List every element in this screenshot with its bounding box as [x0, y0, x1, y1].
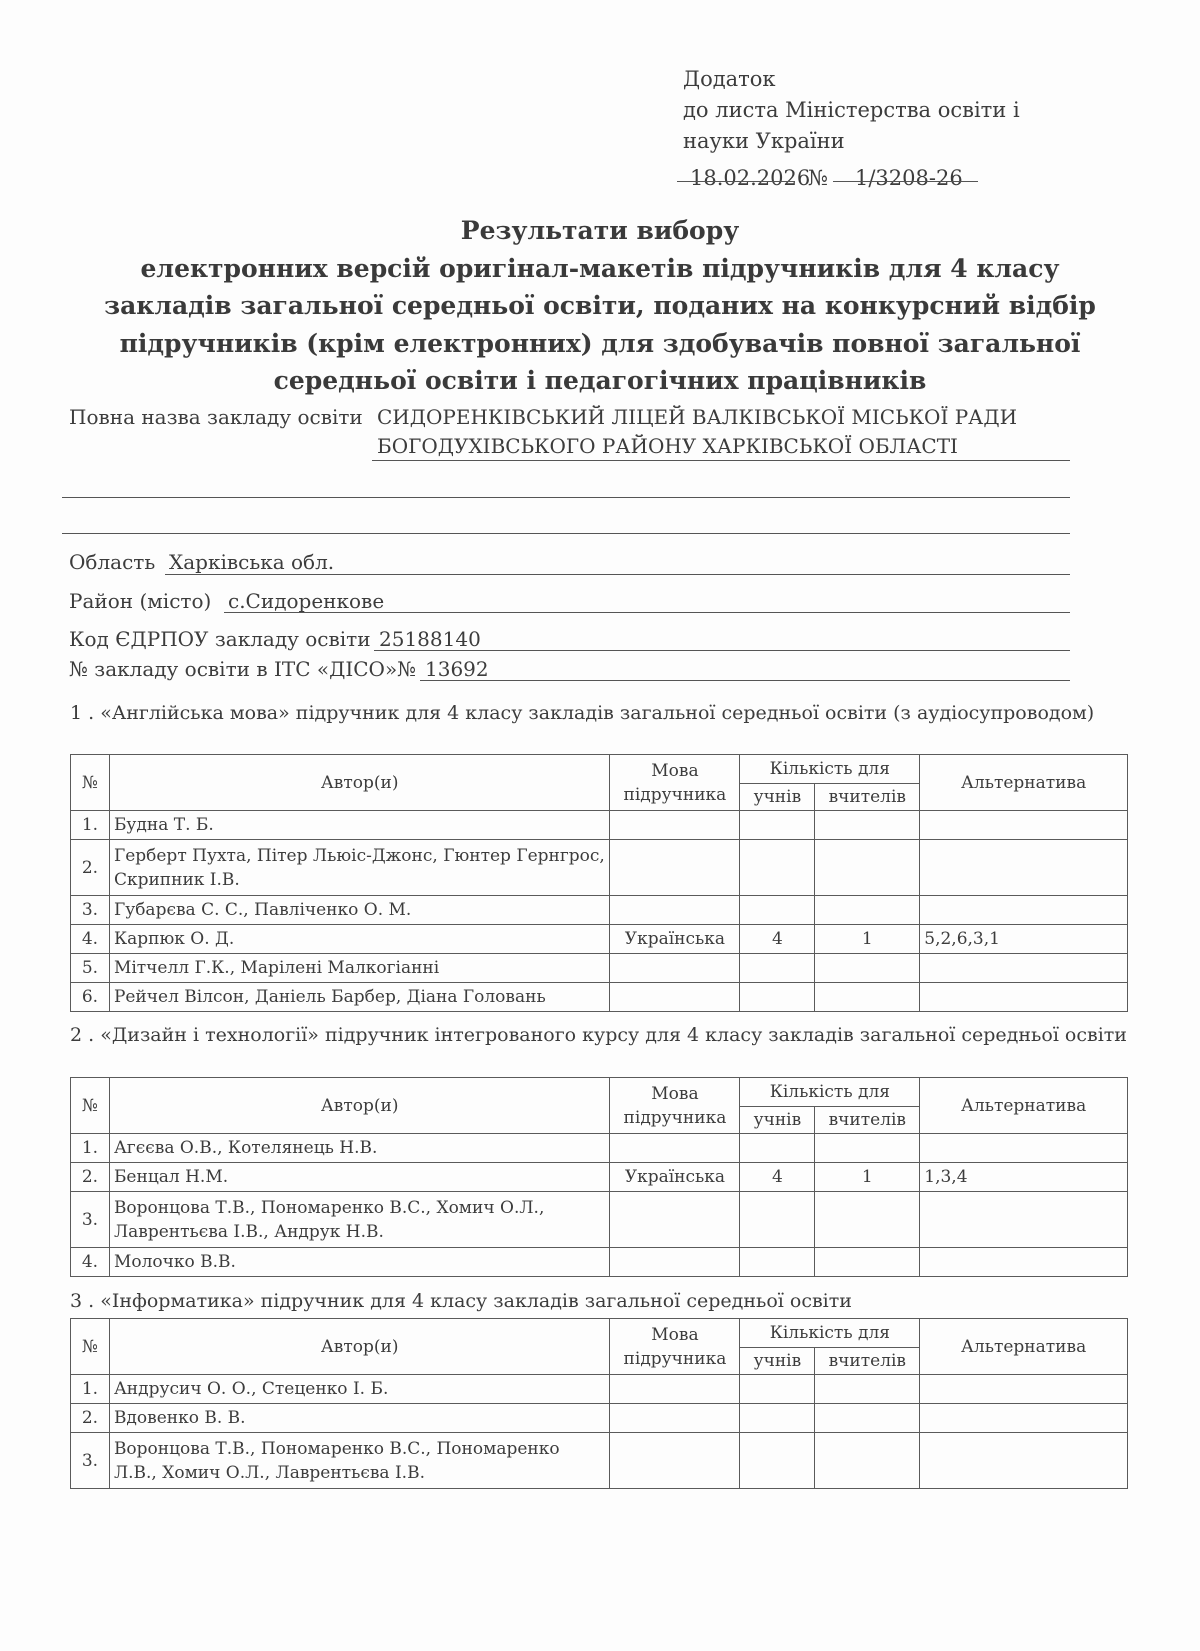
diso-value: 13692: [425, 655, 489, 683]
header-students: учнів: [740, 1107, 815, 1134]
row-language: [610, 1433, 740, 1489]
title-line: підручників (крім електронних) для здобу…: [60, 325, 1140, 363]
row-teachers: [815, 1134, 920, 1163]
header-language: Мова підручника: [610, 755, 740, 811]
row-alternative: [920, 983, 1128, 1012]
row-authors: Мітчелл Г.К., Марілені Малкогіанні: [109, 954, 610, 983]
full-name-value-line2: БОГОДУХІВСЬКОГО РАЙОНУ ХАРКІВСЬКОЇ ОБЛАС…: [377, 432, 958, 460]
row-language: [610, 1375, 740, 1404]
header-alternative: Альтернатива: [920, 1319, 1128, 1375]
table-row: 3.Губарєва С. С., Павліченко О. М.: [71, 896, 1128, 925]
annex-line: Додаток: [683, 64, 1020, 95]
header-authors: Автор(и): [109, 1319, 610, 1375]
date-underline: [677, 181, 795, 182]
table-row: 2.Вдовенко В. В.: [71, 1404, 1128, 1433]
title-line: середньої освіти і педагогічних працівни…: [60, 362, 1140, 400]
row-number: 4.: [71, 1248, 110, 1277]
row-number: 2.: [71, 840, 110, 896]
document-page: Додаток до листа Міністерства освіти і н…: [0, 0, 1200, 1651]
row-number: 1.: [71, 1375, 110, 1404]
full-name-label: Повна назва закладу освіти: [69, 403, 363, 431]
row-number: 2.: [71, 1163, 110, 1192]
row-authors: Будна Т. Б.: [109, 811, 610, 840]
row-teachers: 1: [815, 1163, 920, 1192]
textbook-table: №Автор(и)Мова підручникаКількість дляАль…: [70, 1077, 1128, 1277]
row-authors: Карпюк О. Д.: [109, 925, 610, 954]
row-students: [740, 1404, 815, 1433]
number-underline: [833, 181, 978, 182]
row-students: [740, 1375, 815, 1404]
row-number: 3.: [71, 1192, 110, 1248]
textbook-table: №Автор(и)Мова підручникаКількість дляАль…: [70, 754, 1128, 1012]
table-row: 1.Андрусич О. О., Стеценко І. Б.: [71, 1375, 1128, 1404]
section-title: 2 . «Дизайн і технології» підручник інте…: [70, 1020, 1130, 1050]
row-number: 1.: [71, 811, 110, 840]
row-language: [610, 896, 740, 925]
header-teachers: вчителів: [815, 784, 920, 811]
row-language: [610, 1134, 740, 1163]
full-name-value-line1: СИДОРЕНКІВСЬКИЙ ЛІЦЕЙ ВАЛКІВСЬКОЇ МІСЬКО…: [377, 403, 1017, 431]
row-authors: Вдовенко В. В.: [109, 1404, 610, 1433]
header-authors: Автор(и): [109, 1078, 610, 1134]
row-alternative: [920, 1433, 1128, 1489]
row-number: 3.: [71, 1433, 110, 1489]
edrpou-label: Код ЄДРПОУ закладу освіти: [69, 625, 371, 653]
row-number: 6.: [71, 983, 110, 1012]
section-title: 3 . «Інформатика» підручник для 4 класу …: [70, 1286, 1130, 1316]
row-teachers: [815, 1404, 920, 1433]
table-row: 2.Бенцал Н.М.Українська411,3,4: [71, 1163, 1128, 1192]
table-row: 1.Агєєва О.В., Котелянець Н.В.: [71, 1134, 1128, 1163]
textbook-table: №Автор(и)Мова підручникаКількість дляАль…: [70, 1318, 1128, 1489]
annex-line: до листа Міністерства освіти і: [683, 95, 1020, 126]
table-row: 3.Воронцова Т.В., Пономаренко В.С., Хоми…: [71, 1192, 1128, 1248]
annex-number: 1/3208-26: [855, 164, 963, 192]
header-teachers: вчителів: [815, 1348, 920, 1375]
header-quantity: Кількість для: [740, 755, 920, 784]
row-language: [610, 1248, 740, 1277]
section-title: 1 . «Англійська мова» підручник для 4 кл…: [70, 698, 1130, 728]
row-authors: Бенцал Н.М.: [109, 1163, 610, 1192]
row-authors: Воронцова Т.В., Пономаренко В.С., Хомич …: [109, 1192, 610, 1248]
row-teachers: [815, 1248, 920, 1277]
row-alternative: [920, 954, 1128, 983]
row-students: [740, 1192, 815, 1248]
document-title: Результати вибору електронних версій ори…: [60, 212, 1140, 400]
row-students: [740, 983, 815, 1012]
row-language: Українська: [610, 925, 740, 954]
header-num: №: [71, 755, 110, 811]
full-name-underline: [372, 460, 1070, 461]
annex-header: Додаток до листа Міністерства освіти і н…: [683, 64, 1020, 157]
row-language: [610, 840, 740, 896]
header-quantity: Кількість для: [740, 1078, 920, 1107]
row-number: 4.: [71, 925, 110, 954]
title-line: закладів загальної середньої освіти, под…: [60, 287, 1140, 325]
row-language: [610, 983, 740, 1012]
district-underline: [224, 612, 1070, 613]
table-row: 2.Герберт Пухта, Пітер Льюіс-Джонс, Гюнт…: [71, 840, 1128, 896]
district-label: Район (місто): [69, 587, 211, 615]
row-teachers: [815, 983, 920, 1012]
row-number: 1.: [71, 1134, 110, 1163]
header-students: учнів: [740, 784, 815, 811]
row-language: Українська: [610, 1163, 740, 1192]
row-alternative: [920, 1248, 1128, 1277]
edrpou-value: 25188140: [379, 625, 481, 653]
row-students: 4: [740, 925, 815, 954]
annex-number-sign: №: [808, 164, 828, 192]
region-label: Область: [69, 548, 155, 576]
diso-label: № закладу освіти в ІТС «ДІСО»№: [69, 655, 416, 683]
district-value: с.Сидоренкове: [228, 587, 384, 615]
header-num: №: [71, 1319, 110, 1375]
edrpou-underline: [374, 650, 1070, 651]
row-number: 3.: [71, 896, 110, 925]
title-line: електронних версій оригінал-макетів підр…: [60, 250, 1140, 288]
header-quantity: Кількість для: [740, 1319, 920, 1348]
row-teachers: [815, 811, 920, 840]
row-language: [610, 1404, 740, 1433]
header-authors: Автор(и): [109, 755, 610, 811]
row-authors: Андрусич О. О., Стеценко І. Б.: [109, 1375, 610, 1404]
row-students: [740, 840, 815, 896]
row-language: [610, 1192, 740, 1248]
row-students: [740, 896, 815, 925]
region-underline: [165, 574, 1070, 575]
annex-line: науки України: [683, 126, 1020, 157]
table-row: 3.Воронцова Т.В., Пономаренко В.С., Поно…: [71, 1433, 1128, 1489]
row-teachers: [815, 1433, 920, 1489]
row-authors: Губарєва С. С., Павліченко О. М.: [109, 896, 610, 925]
row-alternative: [920, 1375, 1128, 1404]
row-authors: Агєєва О.В., Котелянець Н.В.: [109, 1134, 610, 1163]
row-students: 4: [740, 1163, 815, 1192]
header-students: учнів: [740, 1348, 815, 1375]
row-students: [740, 1248, 815, 1277]
row-students: [740, 1134, 815, 1163]
row-authors: Молочко В.В.: [109, 1248, 610, 1277]
title-line: Результати вибору: [60, 212, 1140, 250]
row-alternative: 5,2,6,3,1: [920, 925, 1128, 954]
row-authors: Герберт Пухта, Пітер Льюіс-Джонс, Гюнтер…: [109, 840, 610, 896]
row-teachers: [815, 1192, 920, 1248]
row-students: [740, 1433, 815, 1489]
diso-underline: [420, 680, 1070, 681]
row-teachers: [815, 954, 920, 983]
row-teachers: [815, 840, 920, 896]
row-teachers: [815, 1375, 920, 1404]
row-teachers: [815, 896, 920, 925]
row-number: 5.: [71, 954, 110, 983]
row-authors: Рейчел Вілсон, Даніель Барбер, Діана Гол…: [109, 983, 610, 1012]
blank-line: [62, 497, 1070, 498]
row-alternative: 1,3,4: [920, 1163, 1128, 1192]
table-row: 1.Будна Т. Б.: [71, 811, 1128, 840]
row-teachers: 1: [815, 925, 920, 954]
header-language: Мова підручника: [610, 1319, 740, 1375]
row-students: [740, 811, 815, 840]
blank-line: [62, 533, 1070, 534]
table-row: 4.Карпюк О. Д.Українська415,2,6,3,1: [71, 925, 1128, 954]
region-value: Харківська обл.: [169, 548, 334, 576]
table-row: 5.Мітчелл Г.К., Марілені Малкогіанні: [71, 954, 1128, 983]
header-alternative: Альтернатива: [920, 1078, 1128, 1134]
row-alternative: [920, 896, 1128, 925]
header-teachers: вчителів: [815, 1107, 920, 1134]
row-alternative: [920, 1134, 1128, 1163]
row-language: [610, 811, 740, 840]
row-number: 2.: [71, 1404, 110, 1433]
annex-date: 18.02.2026: [690, 164, 810, 192]
header-language: Мова підручника: [610, 1078, 740, 1134]
row-alternative: [920, 1192, 1128, 1248]
table-row: 4.Молочко В.В.: [71, 1248, 1128, 1277]
row-alternative: [920, 840, 1128, 896]
row-alternative: [920, 1404, 1128, 1433]
row-language: [610, 954, 740, 983]
row-alternative: [920, 811, 1128, 840]
table-row: 6.Рейчел Вілсон, Даніель Барбер, Діана Г…: [71, 983, 1128, 1012]
header-alternative: Альтернатива: [920, 755, 1128, 811]
row-authors: Воронцова Т.В., Пономаренко В.С., Понома…: [109, 1433, 610, 1489]
row-students: [740, 954, 815, 983]
header-num: №: [71, 1078, 110, 1134]
